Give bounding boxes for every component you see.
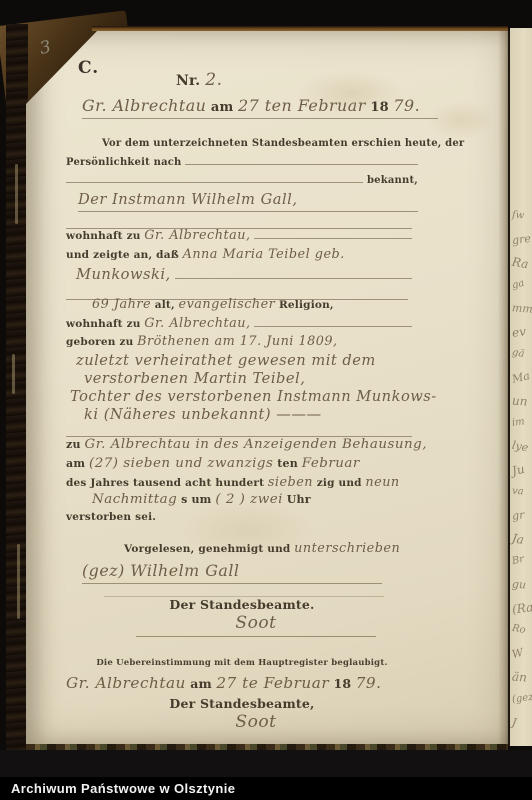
line-dateline-top: Gr. Albrechtauam27 ten Februar1879. bbox=[82, 96, 438, 119]
text-segment: Munkowski, bbox=[76, 266, 171, 284]
text-segment: s um bbox=[181, 493, 211, 507]
edge-handwriting-fragment: Ma bbox=[511, 369, 531, 386]
blank-underline bbox=[175, 268, 412, 279]
adjacent-page-edge: ſwgreRagammevgäMaunimlyeJuvagrJaBrgu(Rat… bbox=[510, 28, 532, 746]
line-rule-3 bbox=[66, 422, 412, 437]
line-registrar-signature-1: Soot bbox=[136, 613, 376, 637]
line-death-year: des Jahres tausend acht hundertsiebenzig… bbox=[66, 475, 400, 491]
text-segment: Gr. Albrechtau in des Anzeigenden Behaus… bbox=[85, 437, 428, 454]
edge-handwriting-fragment: gr bbox=[511, 508, 525, 522]
text-segment: sieben bbox=[268, 475, 313, 491]
text-segment: Bröthenen am 17. Juni 1809, bbox=[137, 334, 337, 350]
text-segment: ( 2 ) zwei bbox=[215, 492, 283, 509]
text-segment: bekannt, bbox=[367, 175, 418, 188]
edge-handwriting-fragment: va bbox=[512, 486, 524, 498]
text-segment: Soot bbox=[235, 712, 276, 733]
line-age-religion: 69 Jahrealt,evangelischerReligion, bbox=[92, 297, 334, 313]
text-segment: 2. bbox=[205, 70, 222, 91]
text-segment: und zeigte an, daß bbox=[66, 249, 179, 262]
line-birth: geboren zuBröthenen am 17. Juni 1809, bbox=[66, 334, 338, 350]
line-closing: Vorgelesen, genehmigt undunterschrieben bbox=[124, 541, 400, 557]
text-segment: wohnhaft zu bbox=[66, 318, 141, 331]
edge-handwriting-fragment: Ja bbox=[511, 531, 525, 547]
line-registrar-signature-2: Soot bbox=[146, 712, 366, 733]
edge-handwriting-fragment: mm bbox=[512, 301, 532, 315]
line-signature-declarant: (gez) Wilhelm Gall bbox=[82, 561, 382, 584]
text-segment: Uhr bbox=[287, 493, 311, 507]
text-segment: Vor dem unterzeichneten Standesbeamten e… bbox=[102, 138, 464, 151]
section-letter: C. bbox=[78, 58, 99, 78]
line-registrar-title-2: Der Standesbeamte, bbox=[66, 696, 418, 712]
text-segment: Soot bbox=[235, 613, 276, 634]
text-segment: (gez) Wilhelm Gall bbox=[82, 561, 240, 581]
binding-scratch bbox=[15, 164, 18, 224]
text-segment: Vorgelesen, genehmigt und bbox=[124, 543, 290, 556]
text-segment: Tochter des verstorbenen Instmann Munkow… bbox=[70, 388, 437, 406]
line-death-statement: verstorben sei. bbox=[66, 511, 156, 524]
blank-underline bbox=[66, 174, 363, 183]
line-blank-rule-4 bbox=[104, 584, 384, 597]
edge-handwriting-fragment: (gez bbox=[511, 692, 532, 706]
text-segment: 79. bbox=[356, 674, 382, 693]
text-segment: am bbox=[211, 100, 234, 116]
document-page: Nr.2.Gr. Albrechtauam27 ten Februar1879.… bbox=[26, 30, 508, 746]
text-segment: Religion, bbox=[279, 299, 334, 312]
text-segment: zuletzt verheirathet gewesen mit dem bbox=[76, 352, 376, 370]
text-segment: evangelischer bbox=[179, 297, 276, 313]
text-segment: 79. bbox=[393, 96, 420, 116]
edge-handwriting-fragment: lye bbox=[511, 439, 529, 455]
text-segment: wohnhaft zu bbox=[66, 230, 141, 243]
edge-handwriting-fragment: Ju bbox=[511, 462, 526, 478]
text-segment: verstorben sei. bbox=[66, 511, 156, 524]
text-segment: Nachmittag bbox=[92, 492, 177, 509]
line-death-day: am(27) sieben und zwanzigstenFebruar bbox=[66, 456, 360, 473]
text-segment: Gr. Albrechtau bbox=[82, 96, 206, 116]
text-segment: (27) sieben und zwanzigs bbox=[89, 456, 273, 473]
line-death-place: zuGr. Albrechtau in des Anzeigenden Beha… bbox=[66, 437, 427, 454]
text-segment: Der Standesbeamte, bbox=[169, 696, 314, 712]
text-segment: Februar bbox=[302, 456, 360, 473]
edge-handwriting-fragment: Ro bbox=[511, 623, 526, 636]
line-declarant: Der Instmann Wilhelm Gall, bbox=[78, 191, 418, 212]
edge-handwriting-fragment: gä bbox=[511, 347, 525, 360]
line-record-number: Nr.2. bbox=[176, 70, 223, 91]
text-segment: Gr. Albrechtau, bbox=[144, 228, 250, 244]
edge-handwriting-fragment: än bbox=[512, 669, 528, 684]
blank-underline bbox=[254, 230, 412, 239]
edge-handwriting-fragment: gu bbox=[512, 578, 527, 592]
line-marriage-1: zuletzt verheirathet gewesen mit dem bbox=[76, 352, 376, 370]
line-parentage-1: Tochter des verstorbenen Instmann Munkow… bbox=[70, 388, 437, 406]
book-binding bbox=[6, 24, 28, 750]
text-segment: geboren zu bbox=[66, 336, 133, 349]
text-segment: Die Uebereinstimmung mit dem Hauptregist… bbox=[96, 658, 387, 669]
edge-handwriting-fragment: un bbox=[512, 393, 528, 408]
binding-scratch bbox=[17, 544, 20, 619]
edge-handwriting-fragment: Ra bbox=[511, 255, 530, 272]
line-deceased-surname: Munkowski, bbox=[76, 266, 412, 284]
line-report: und zeigte an, daßAnna Maria Teibel geb. bbox=[66, 247, 345, 263]
blank-underline bbox=[185, 156, 418, 165]
text-segment: neun bbox=[365, 475, 399, 491]
text-segment: Nr. bbox=[176, 73, 200, 91]
edge-handwriting-fragment: ga bbox=[511, 278, 526, 292]
text-segment: am bbox=[66, 457, 85, 471]
line-intro-2: Persönlichkeit nach bbox=[66, 156, 418, 170]
scan-background: Nr.2.Gr. Albrechtauam27 ten Februar1879.… bbox=[0, 0, 532, 800]
text-segment: ten bbox=[277, 457, 298, 471]
edge-handwriting-fragment: ev bbox=[511, 324, 526, 340]
text-segment: 27 ten Februar bbox=[238, 96, 366, 116]
edge-handwriting-fragment: (Rat bbox=[511, 599, 532, 616]
line-known: bekannt, bbox=[66, 174, 418, 188]
line-residence-declarant: wohnhaft zuGr. Albrechtau, bbox=[66, 228, 412, 244]
line-marriage-2: verstorbenen Martin Teibel, bbox=[84, 370, 305, 388]
page-top-edge bbox=[92, 26, 508, 31]
line-intro-1: Vor dem unterzeichneten Standesbeamten e… bbox=[102, 138, 464, 151]
line-dateline-bottom: Gr. Albrechtauam27 te Februar1879. bbox=[66, 674, 418, 693]
line-residence-deceased: wohnhaft zuGr. Albrechtau, bbox=[66, 316, 412, 332]
archive-watermark-bar: Archiwum Państwowe w Olsztynie bbox=[0, 777, 532, 800]
text-segment: Gr. Albrechtau, bbox=[144, 316, 250, 332]
text-segment: zig und bbox=[317, 477, 362, 490]
text-segment: Der Instmann Wilhelm Gall, bbox=[78, 191, 297, 209]
text-segment: 27 te Februar bbox=[216, 674, 329, 693]
text-segment: 18 bbox=[370, 100, 389, 116]
edge-handwriting-fragment: J bbox=[511, 716, 518, 730]
binding-scratch bbox=[12, 354, 15, 394]
text-segment: alt, bbox=[155, 299, 175, 312]
text-segment: Der Standesbeamte. bbox=[169, 597, 314, 613]
text-segment: 69 Jahre bbox=[92, 297, 151, 313]
text-segment: am bbox=[190, 676, 212, 692]
edge-handwriting-fragment: ſw bbox=[512, 210, 525, 222]
text-segment: verstorbenen Martin Teibel, bbox=[84, 370, 305, 388]
text-segment: 18 bbox=[334, 676, 352, 692]
edge-handwriting-fragment: W bbox=[511, 646, 525, 661]
text-segment: Anna Maria Teibel geb. bbox=[183, 247, 345, 263]
edge-handwriting-fragment: im bbox=[511, 416, 525, 428]
blank-underline bbox=[254, 318, 412, 327]
text-segment: unterschrieben bbox=[294, 541, 400, 557]
text-segment: zu bbox=[66, 438, 81, 452]
text-segment: des Jahres tausend acht hundert bbox=[66, 477, 264, 490]
text-segment: Gr. Albrechtau bbox=[66, 674, 186, 693]
line-registrar-title-1: Der Standesbeamte. bbox=[66, 597, 418, 613]
line-death-time: Nachmittags um( 2 ) zweiUhr bbox=[92, 492, 311, 509]
line-blank-rule-1 bbox=[66, 212, 412, 229]
archive-watermark-text: Archiwum Państwowe w Olsztynie bbox=[11, 781, 235, 796]
line-certification: Die Uebereinstimmung mit dem Hauptregist… bbox=[66, 658, 418, 669]
text-segment: Persönlichkeit nach bbox=[66, 157, 182, 170]
edge-handwriting-fragment: gre bbox=[511, 232, 531, 247]
edge-handwriting-fragment: Br bbox=[511, 554, 525, 567]
